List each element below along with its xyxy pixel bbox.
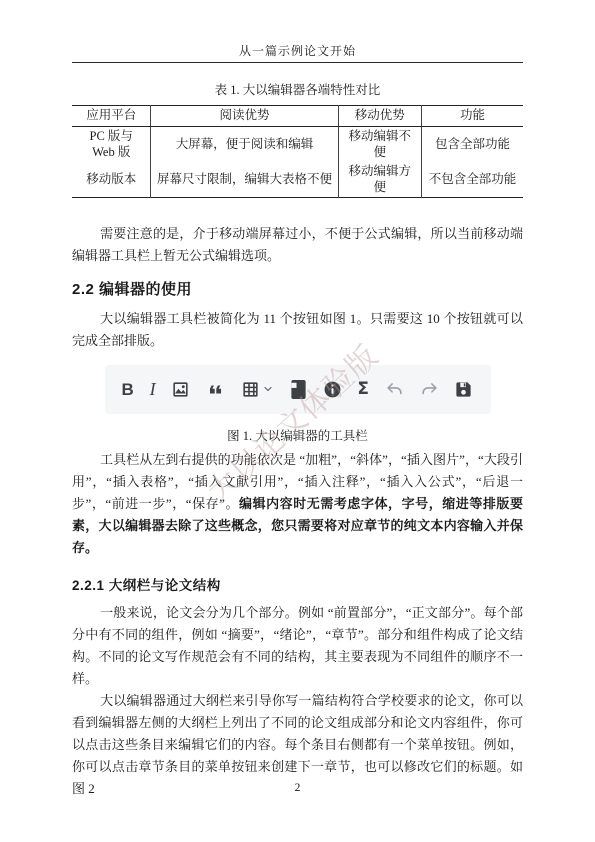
bold-icon: B bbox=[122, 378, 134, 400]
chevron-down-icon bbox=[262, 378, 274, 400]
table-icon bbox=[241, 378, 260, 400]
image-icon bbox=[171, 378, 190, 400]
table-header-cell: 移动优势 bbox=[338, 106, 421, 127]
save-icon bbox=[454, 378, 473, 400]
table-body: PC 版与 Web 版大屏幕，便于阅读和编辑移动编辑不便包含全部功能移动版本屏幕… bbox=[72, 126, 523, 197]
page-body: 从一篇示例论文开始 表 1. 大以编辑器各端特性对比 应用平台阅读优势移动优势功… bbox=[72, 0, 523, 800]
paragraph-toolbar-intro: 大以编辑器工具栏被简化为 11 个按钮如图 1。只需要这 10 个按钮就可以完成… bbox=[72, 308, 523, 352]
table-header-cell: 阅读优势 bbox=[151, 106, 338, 127]
table-cell: 大屏幕，便于阅读和编辑 bbox=[151, 126, 338, 162]
table-cell: 移动版本 bbox=[72, 162, 151, 198]
table-cell: 移动编辑不便 bbox=[338, 126, 421, 162]
blockquote-icon bbox=[206, 378, 225, 400]
table-caption: 表 1. 大以编辑器各端特性对比 bbox=[72, 80, 523, 98]
redo-icon bbox=[420, 378, 439, 400]
table-cell: 屏幕尺寸限制，编辑大表格不便 bbox=[151, 162, 338, 198]
paragraph-toolbar-functions: 工具栏从左到右提供的功能依次是 “加粗”，“斜体”，“插入图片”，“大段引用”，… bbox=[72, 449, 523, 559]
paragraph-mobile-note: 需要注意的是，介于移动端屏幕过小，不便于公式编辑，所以当前移动端编辑器工具栏上暂… bbox=[72, 223, 523, 267]
table-row: 移动版本屏幕尺寸限制，编辑大表格不便移动编辑方便不包含全部功能 bbox=[72, 162, 523, 198]
table-cell: 包含全部功能 bbox=[422, 126, 524, 162]
italic-icon: I bbox=[150, 378, 156, 400]
paragraph-structure: 一般来说，论文会分为几个部分。例如 “前置部分”，“正文部分”。每个部分中有不同… bbox=[72, 602, 523, 690]
undo-icon bbox=[385, 378, 404, 400]
info-circle-icon bbox=[323, 378, 342, 400]
section-heading-2-2-1: 2.2.1 大纲栏与论文结构 bbox=[72, 574, 523, 594]
editor-toolbar-figure: B I bbox=[105, 365, 491, 414]
figure-caption: 图 1. 大以编辑器的工具栏 bbox=[72, 426, 523, 444]
table-cell: 不包含全部功能 bbox=[422, 162, 524, 198]
header-rule bbox=[72, 62, 523, 63]
table-row: PC 版与 Web 版大屏幕，便于阅读和编辑移动编辑不便包含全部功能 bbox=[72, 126, 523, 162]
section-heading-2-2: 2.2 编辑器的使用 bbox=[72, 278, 523, 299]
table-header-cell: 应用平台 bbox=[72, 106, 151, 127]
table-cell: 移动编辑方便 bbox=[338, 162, 421, 198]
table-header-row: 应用平台阅读优势移动优势功能 bbox=[72, 106, 523, 127]
citation-book-icon bbox=[290, 378, 307, 400]
formula-sigma-icon: Σ bbox=[357, 378, 369, 400]
page-number: 2 bbox=[0, 782, 595, 794]
table-button-group bbox=[241, 378, 274, 400]
running-header: 从一篇示例论文开始 bbox=[72, 0, 523, 59]
table-header-cell: 功能 bbox=[422, 106, 524, 127]
table-cell: PC 版与 Web 版 bbox=[72, 126, 151, 162]
comparison-table: 应用平台阅读优势移动优势功能 PC 版与 Web 版大屏幕，便于阅读和编辑移动编… bbox=[72, 105, 523, 198]
